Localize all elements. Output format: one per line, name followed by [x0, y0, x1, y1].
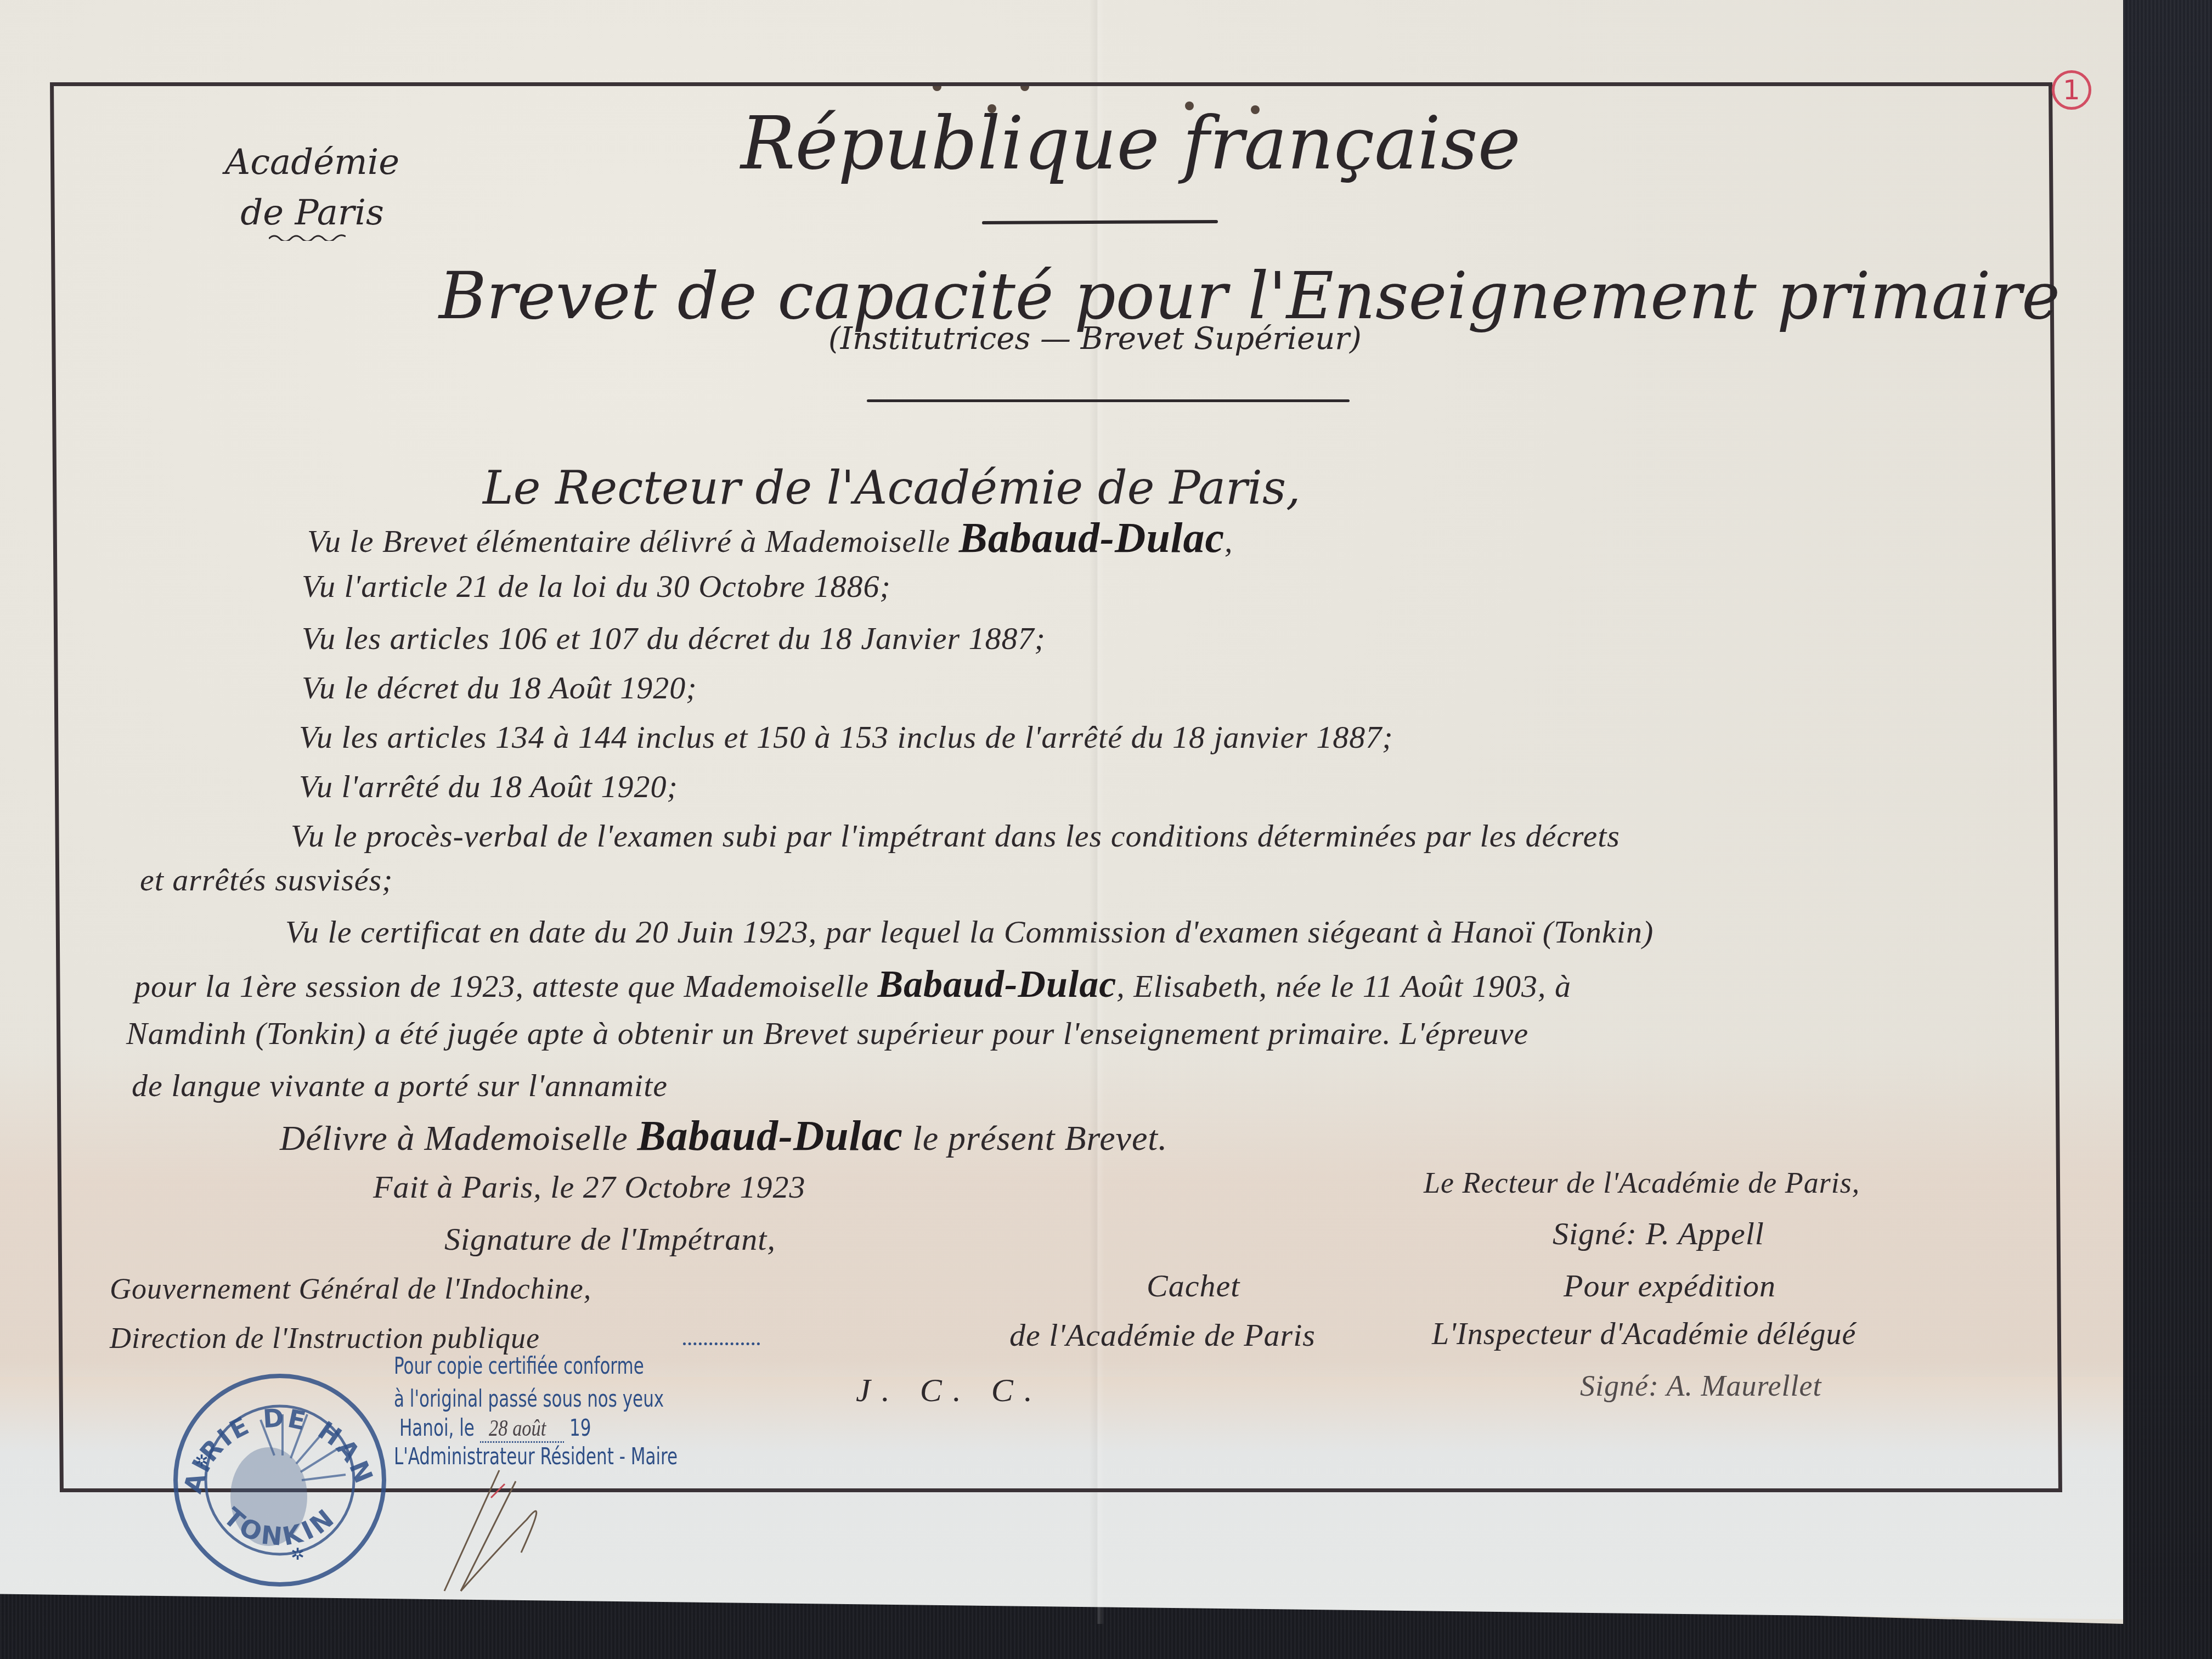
body-line-6: Vu l'arrêté du 18 Août 1920;	[299, 768, 678, 805]
body-line-2: Vu l'article 21 de la loi du 30 Octobre …	[302, 568, 891, 605]
stamp-dotted-underline	[683, 1342, 760, 1348]
body-line-1-tail: ,	[1224, 523, 1233, 559]
mairie-de-hanoi-seal-icon: MAIRIE DE HANOI TONKIN ✲ ✲	[170, 1370, 390, 1590]
cachet-label: Cachet	[1147, 1267, 1240, 1304]
body-line-1: Vu le Brevet élémentaire délivré à Madem…	[307, 513, 1233, 562]
inspecteur-title: L'Inspecteur d'Académie délégué	[1432, 1317, 1856, 1352]
delivery-suffix: le présent Brevet.	[912, 1119, 1167, 1158]
delivery-line: Délivre à Mademoiselle Babaud-Dulac le p…	[280, 1111, 1167, 1160]
body-line-5: Vu les articles 134 à 144 inclus et 150 …	[299, 719, 1393, 755]
republique-francaise-heading: République française	[741, 101, 1521, 186]
body-line-12: de langue vivante a porté sur l'annamite	[132, 1067, 668, 1104]
academie-line-2: de Paris	[225, 188, 399, 238]
svg-text:✲: ✲	[195, 1452, 208, 1470]
recteur-signed-name: Signé: P. Appell	[1553, 1215, 1764, 1252]
recteur-signature-title: Le Recteur de l'Académie de Paris,	[1424, 1166, 1860, 1200]
body-line-10: pour la 1ère session de 1923, atteste qu…	[134, 963, 1571, 1007]
signature-impetrant-label: Signature de l'Impétrant,	[444, 1221, 776, 1257]
stamp-handwritten-date: 28 août	[480, 1416, 564, 1443]
body-line-3: Vu les articles 106 et 107 du décret du …	[302, 620, 1046, 657]
squiggle-ornament-icon	[269, 233, 346, 241]
body-line-7: Vu le procès-verbal de l'examen subi par…	[291, 817, 1620, 854]
body-line-4: Vu le décret du 18 Août 1920;	[302, 669, 697, 706]
svg-text:✲: ✲	[291, 1545, 304, 1564]
place-and-date: Fait à Paris, le 27 Octobre 1923	[373, 1169, 806, 1205]
delivery-candidate-name: Babaud-Dulac	[637, 1111, 903, 1159]
stamp-hanoi-prefix: Hanoi, le	[399, 1414, 475, 1441]
academie-line-1: Académie	[225, 137, 399, 188]
body-line-1-text: Vu le Brevet élémentaire délivré à Madem…	[307, 523, 950, 559]
inspecteur-signed-name: Signé: A. Maurellet	[1580, 1369, 1821, 1403]
stamp-year-prefix: 19	[569, 1414, 591, 1441]
stamp-hanoi-date: Hanoi, le 28 août 19	[399, 1414, 591, 1442]
page-number-badge: 1	[2052, 70, 2091, 110]
pour-expedition-label: Pour expédition	[1564, 1267, 1776, 1304]
academie-de-paris-label: Académie de Paris	[225, 137, 399, 238]
body-line-10-text: pour la 1ère session de 1923, atteste qu…	[134, 968, 869, 1004]
candidate-name: Babaud-Dulac	[959, 513, 1224, 561]
body-line-11: Namdinh (Tonkin) a été jugée apte à obte…	[126, 1015, 1528, 1052]
stamp-copie-conforme: Pour copie certifiée conforme	[394, 1352, 644, 1379]
delivery-prefix: Délivre à Mademoiselle	[280, 1119, 628, 1158]
header-divider-bottom	[867, 399, 1350, 402]
handwritten-initials: J. C. C.	[856, 1372, 1043, 1409]
handwritten-paraphe-signature-icon	[439, 1459, 647, 1602]
body-line-9: Vu le certificat en date du 20 Juin 1923…	[285, 913, 1654, 950]
candidate-name-repeat: Babaud-Dulac	[877, 963, 1116, 1006]
gouvernement-general-line: Gouvernement Général de l'Indochine,	[110, 1272, 591, 1306]
body-line-10-tail: , Elisabeth, née le 11 Août 1903, à	[1116, 968, 1571, 1004]
cachet-academie-label: de l'Académie de Paris	[1009, 1317, 1316, 1353]
recteur-heading: Le Recteur de l'Académie de Paris,	[483, 461, 1301, 515]
diploma-subtitle: (Institutrices — Brevet Supérieur)	[828, 321, 1362, 357]
direction-instruction-line: Direction de l'Instruction publique	[110, 1321, 540, 1355]
stamp-original-passe: à l'original passé sous nos yeux	[394, 1385, 664, 1412]
body-line-8: et arrêtés susvisés;	[140, 861, 393, 898]
